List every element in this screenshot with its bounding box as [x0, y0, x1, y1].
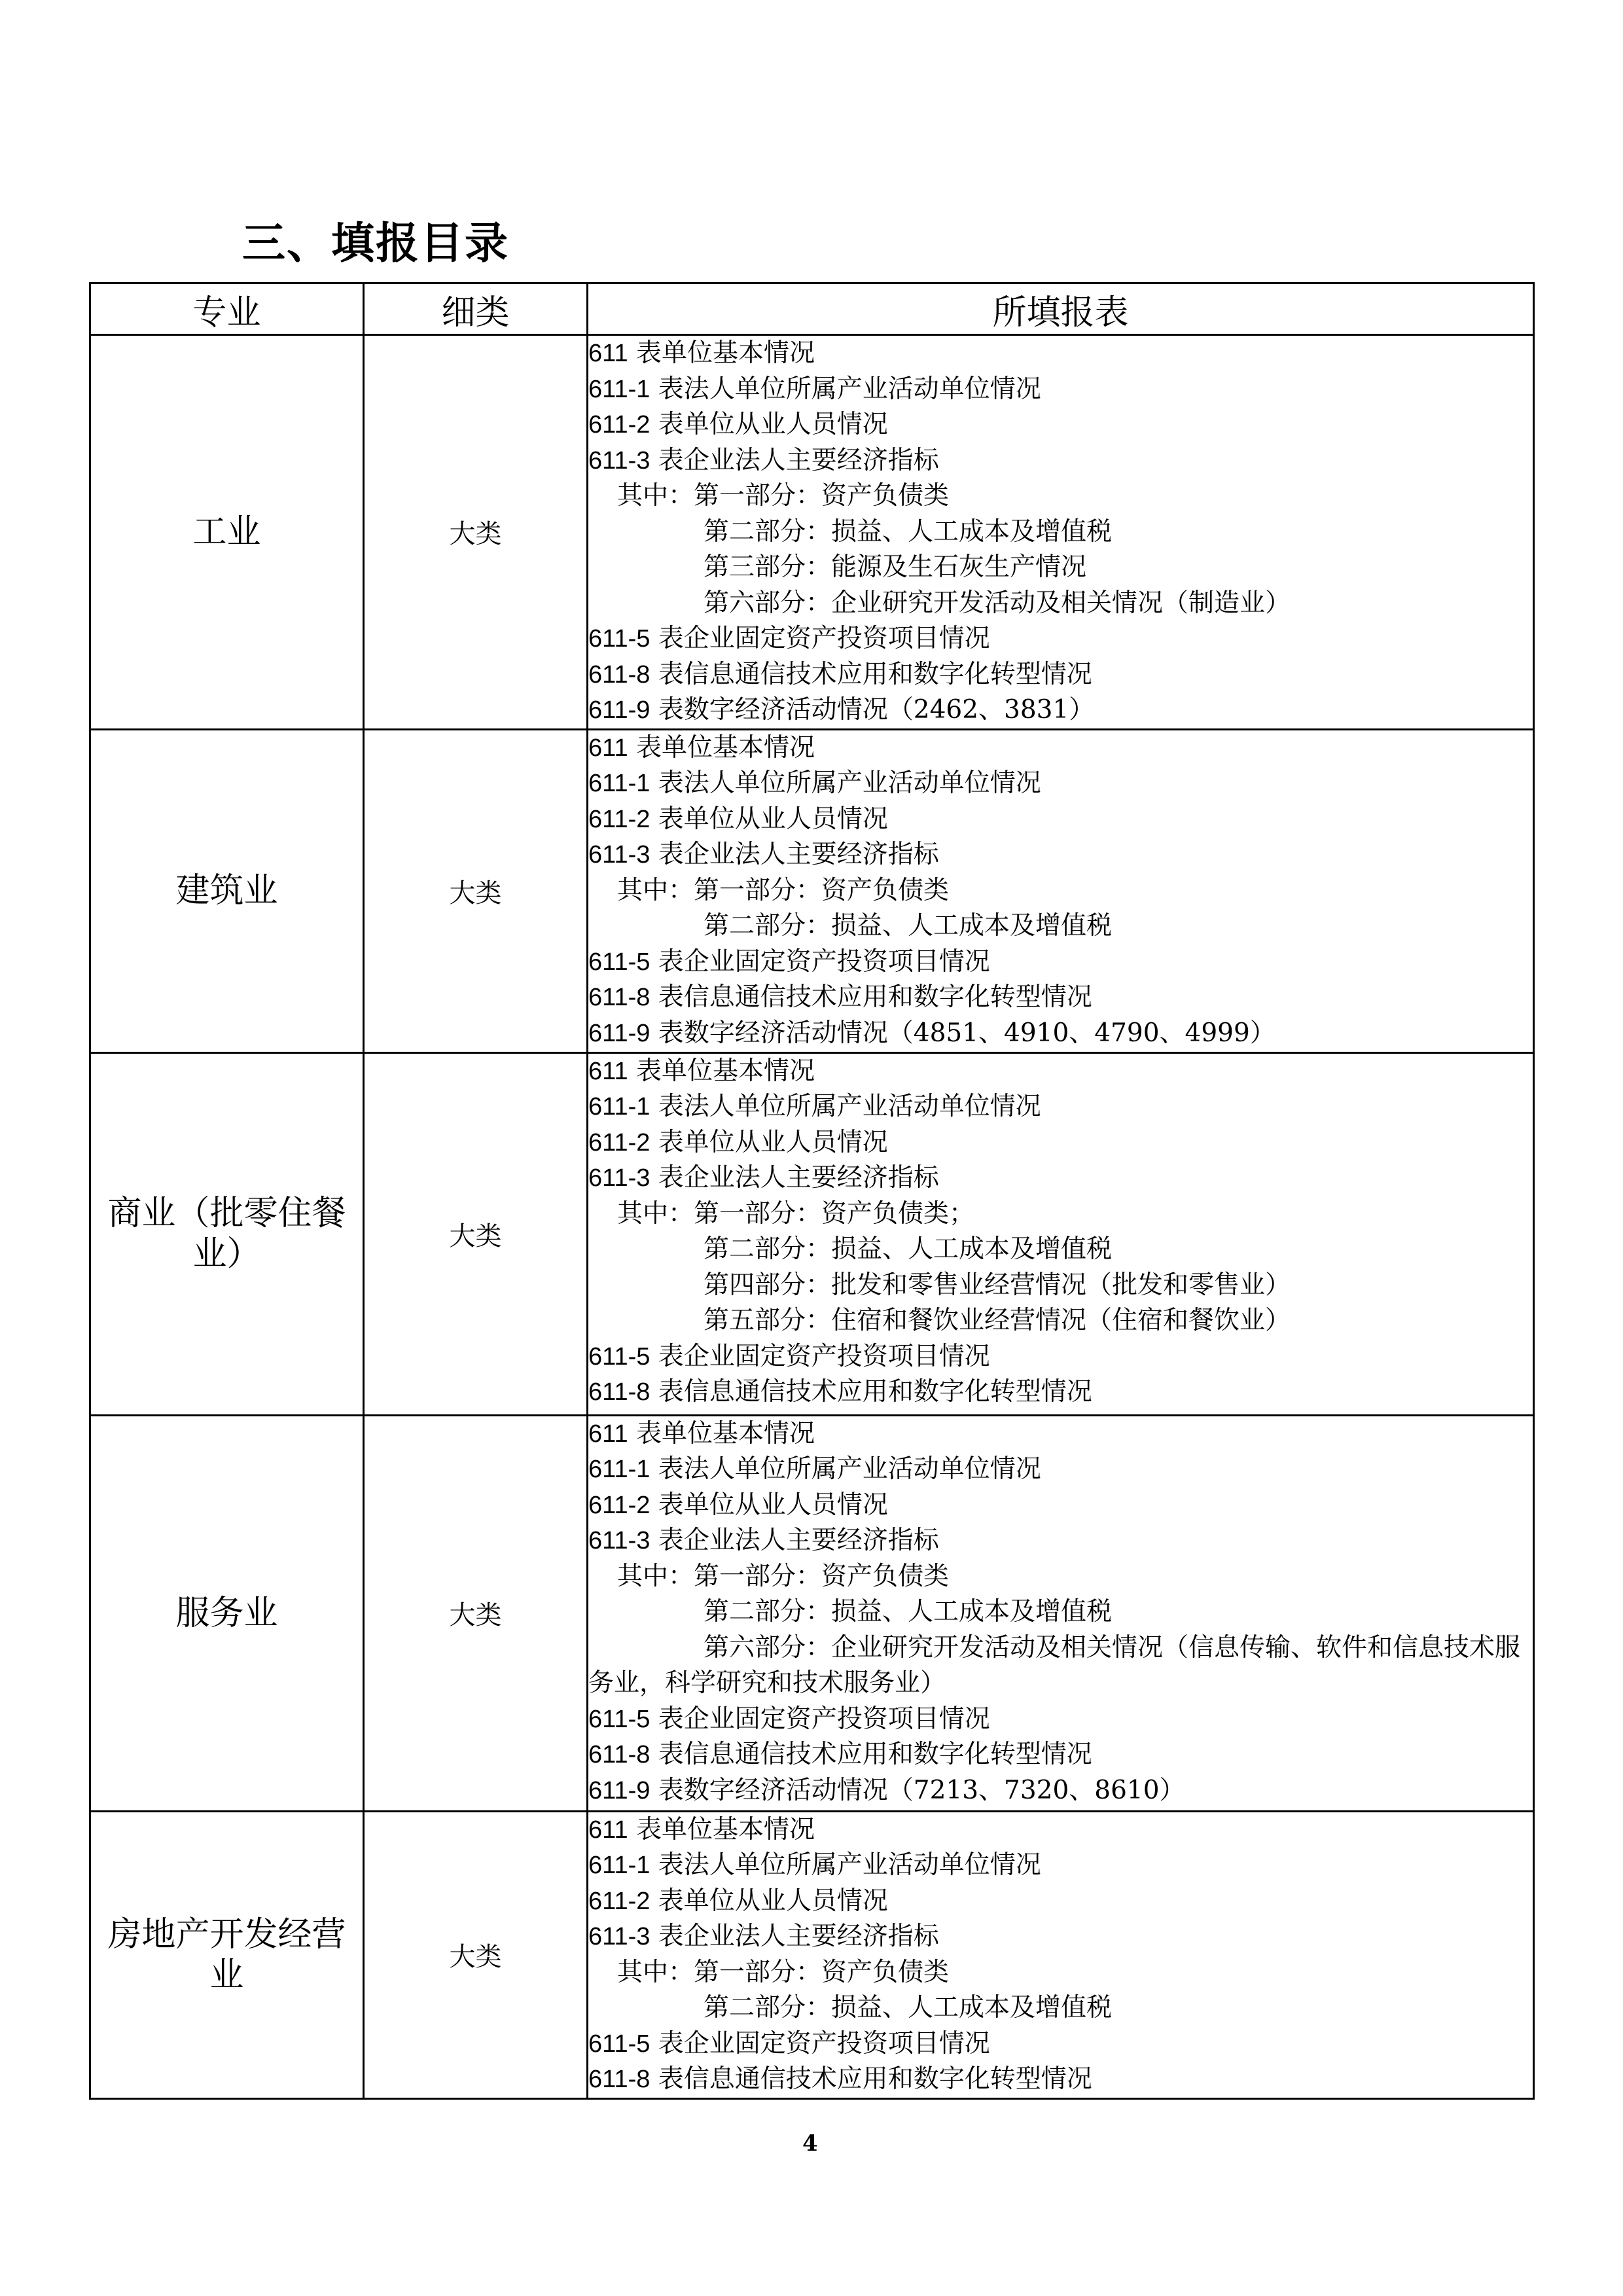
form-code: 611	[588, 1058, 628, 1085]
form-item: 第二部分：损益、人工成本及增值税	[588, 1232, 1533, 1268]
form-title: 其中：第一部分：资产负债类	[617, 481, 949, 511]
form-code: 611	[588, 1816, 628, 1844]
form-item: 611 表单位基本情况	[588, 730, 1533, 766]
form-item: 611-3 表企业法人主要经济指标	[588, 1160, 1533, 1196]
header-major: 专业	[90, 283, 364, 335]
form-code: 611-1	[588, 1093, 650, 1121]
form-item: 611-9 表数字经济活动情况（2462、3831）	[588, 692, 1533, 728]
form-title: 表企业法人主要经济指标	[650, 446, 938, 475]
form-title: 表企业法人主要经济指标	[650, 840, 938, 869]
form-code: 611	[588, 1420, 628, 1448]
form-item: 611-2 表单位从业人员情况	[588, 407, 1533, 443]
forms-cell: 611 表单位基本情况611-1 表法人单位所属产业活动单位情况611-2 表单…	[588, 1415, 1534, 1811]
form-item: 611-1 表法人单位所属产业活动单位情况	[588, 372, 1533, 408]
form-item: 611 表单位基本情况	[588, 1416, 1533, 1452]
form-title: 表企业固定资产投资项目情况	[650, 1704, 990, 1734]
form-item: 611-3 表企业法人主要经济指标	[588, 837, 1533, 873]
form-title: 表单位从业人员情况	[650, 410, 887, 439]
form-code: 611-9	[588, 1020, 650, 1047]
form-code: 611-2	[588, 1492, 650, 1519]
form-title: 表单位从业人员情况	[650, 804, 887, 834]
form-item: 611-9 表数字经济活动情况（4851、4910、4790、4999）	[588, 1016, 1533, 1052]
form-item: 第二部分：损益、人工成本及增值税	[588, 1990, 1533, 2026]
form-title: 表法人单位所属产业活动单位情况	[650, 1092, 1041, 1121]
form-title: 表企业法人主要经济指标	[650, 1163, 938, 1193]
form-title: 表单位基本情况	[628, 338, 815, 368]
form-title: 第六部分：企业研究开发活动及相关情况（制造业）	[704, 588, 1291, 618]
form-title: 表信息通信技术应用和数字化转型情况	[650, 982, 1092, 1012]
form-code: 611-3	[588, 1164, 650, 1192]
form-item: 611-3 表企业法人主要经济指标	[588, 1919, 1533, 1955]
form-code: 611-8	[588, 1378, 650, 1406]
form-title: 表企业固定资产投资项目情况	[650, 2029, 990, 2058]
form-code: 611-3	[588, 447, 650, 475]
form-title: 其中：第一部分：资产负债类	[617, 1958, 949, 1987]
form-item: 611-8 表信息通信技术应用和数字化转型情况	[588, 657, 1533, 693]
major-cell: 服务业	[90, 1415, 364, 1811]
form-title: 第四部分：批发和零售业经营情况（批发和零售业）	[704, 1270, 1291, 1300]
form-item: 611-9 表数字经济活动情况（7213、7320、8610）	[588, 1773, 1533, 1809]
form-title: 第三部分：能源及生石灰生产情况	[704, 552, 1086, 582]
form-item: 611-5 表企业固定资产投资项目情况	[588, 2026, 1533, 2062]
form-code: 611-1	[588, 770, 650, 797]
form-code: 611-8	[588, 2066, 650, 2093]
form-title: 表法人单位所属产业活动单位情况	[650, 768, 1041, 798]
form-code: 611-8	[588, 984, 650, 1011]
subcategory-cell: 大类	[364, 335, 588, 730]
form-title: 第五部分：住宿和餐饮业经营情况（住宿和餐饮业）	[704, 1306, 1291, 1335]
header-subcategory: 细类	[364, 283, 588, 335]
form-code: 611-2	[588, 806, 650, 833]
form-item: 其中：第一部分：资产负债类	[588, 1955, 1533, 1991]
form-title: 表单位基本情况	[628, 1419, 815, 1448]
subcategory-cell: 大类	[364, 1415, 588, 1811]
form-title: 第二部分：损益、人工成本及增值税	[704, 1993, 1112, 2022]
subcategory-cell: 大类	[364, 729, 588, 1052]
table-row: 工业大类611 表单位基本情况611-1 表法人单位所属产业活动单位情况611-…	[90, 335, 1534, 730]
form-code: 611-1	[588, 1852, 650, 1879]
form-title: 表单位从业人员情况	[650, 1490, 887, 1520]
form-item: 611 表单位基本情况	[588, 1812, 1533, 1848]
form-item: 611-8 表信息通信技术应用和数字化转型情况	[588, 1374, 1533, 1410]
forms-cell: 611 表单位基本情况611-1 表法人单位所属产业活动单位情况611-2 表单…	[588, 1052, 1534, 1415]
form-item: 611-5 表企业固定资产投资项目情况	[588, 1339, 1533, 1375]
form-item: 其中：第一部分：资产负债类	[588, 478, 1533, 514]
form-item: 611-2 表单位从业人员情况	[588, 802, 1533, 838]
form-title: 其中：第一部分：资产负债类；	[617, 1199, 974, 1229]
form-title: 表信息通信技术应用和数字化转型情况	[650, 1377, 1092, 1407]
form-code: 611-2	[588, 1888, 650, 1915]
form-code: 611-9	[588, 1777, 650, 1804]
form-item: 第五部分：住宿和餐饮业经营情况（住宿和餐饮业）	[588, 1303, 1533, 1339]
form-title: 第二部分：损益、人工成本及增值税	[704, 517, 1112, 547]
form-item: 611-3 表企业法人主要经济指标	[588, 1523, 1533, 1559]
form-item: 611-3 表企业法人主要经济指标	[588, 443, 1533, 479]
forms-cell: 611 表单位基本情况611-1 表法人单位所属产业活动单位情况611-2 表单…	[588, 729, 1534, 1052]
form-title: 表企业固定资产投资项目情况	[650, 624, 990, 653]
form-title: 表企业法人主要经济指标	[650, 1526, 938, 1555]
major-cell: 工业	[90, 335, 364, 730]
form-item: 第六部分：企业研究开发活动及相关情况（制造业）	[588, 586, 1533, 622]
form-item: 611-8 表信息通信技术应用和数字化转型情况	[588, 2062, 1533, 2098]
page-number: 4	[802, 2130, 818, 2157]
form-title: 表单位从业人员情况	[650, 1886, 887, 1916]
form-title: 表法人单位所属产业活动单位情况	[650, 1454, 1041, 1484]
form-code: 611-9	[588, 696, 650, 724]
subcategory-cell: 大类	[364, 1811, 588, 2098]
form-code: 611-5	[588, 625, 650, 653]
form-code: 611-3	[588, 1527, 650, 1554]
form-item: 611-5 表企业固定资产投资项目情况	[588, 621, 1533, 657]
form-title: 表法人单位所属产业活动单位情况	[650, 1850, 1041, 1880]
form-item: 611-1 表法人单位所属产业活动单位情况	[588, 766, 1533, 802]
form-item: 611-1 表法人单位所属产业活动单位情况	[588, 1848, 1533, 1884]
catalog-table: 专业 细类 所填报表 工业大类611 表单位基本情况611-1 表法人单位所属产…	[89, 282, 1535, 2100]
form-item: 第二部分：损益、人工成本及增值税	[588, 1594, 1533, 1630]
form-code: 611	[588, 340, 628, 367]
header-forms: 所填报表	[588, 283, 1534, 335]
form-item: 611-8 表信息通信技术应用和数字化转型情况	[588, 1737, 1533, 1773]
form-item: 第二部分：损益、人工成本及增值税	[588, 514, 1533, 550]
form-code: 611-3	[588, 841, 650, 869]
form-code: 611-5	[588, 948, 650, 976]
table-header-row: 专业 细类 所填报表	[90, 283, 1534, 335]
form-code: 611-8	[588, 661, 650, 689]
form-title: 第六部分：企业研究开发活动及相关情况（信息传输、软件和信息技术服务业，科学研究和…	[588, 1633, 1520, 1698]
form-title: 表单位从业人员情况	[650, 1128, 887, 1157]
form-title: 表信息通信技术应用和数字化转型情况	[650, 660, 1092, 689]
table-row: 建筑业大类611 表单位基本情况611-1 表法人单位所属产业活动单位情况611…	[90, 729, 1534, 1052]
form-title: 表信息通信技术应用和数字化转型情况	[650, 2064, 1092, 2094]
form-item: 611-2 表单位从业人员情况	[588, 1488, 1533, 1524]
form-title: 第二部分：损益、人工成本及增值税	[704, 1234, 1112, 1264]
form-title: 表企业固定资产投资项目情况	[650, 1342, 990, 1371]
major-cell: 商业（批零住餐业）	[90, 1052, 364, 1415]
form-item: 611 表单位基本情况	[588, 336, 1533, 372]
form-item: 611-2 表单位从业人员情况	[588, 1125, 1533, 1161]
major-cell: 建筑业	[90, 729, 364, 1052]
form-title: 表信息通信技术应用和数字化转型情况	[650, 1740, 1092, 1769]
form-item: 第二部分：损益、人工成本及增值税	[588, 908, 1533, 944]
table-row: 商业（批零住餐业）大类611 表单位基本情况611-1 表法人单位所属产业活动单…	[90, 1052, 1534, 1415]
form-code: 611	[588, 734, 628, 762]
table-row: 房地产开发经营业大类611 表单位基本情况611-1 表法人单位所属产业活动单位…	[90, 1811, 1534, 2098]
form-item: 其中：第一部分：资产负债类	[588, 873, 1533, 909]
form-code: 611-2	[588, 411, 650, 439]
form-title: 表数字经济活动情况（4851、4910、4790、4999）	[650, 1018, 1275, 1048]
form-item: 第四部分：批发和零售业经营情况（批发和零售业）	[588, 1268, 1533, 1304]
table-row: 服务业大类611 表单位基本情况611-1 表法人单位所属产业活动单位情况611…	[90, 1415, 1534, 1811]
form-code: 611-5	[588, 1343, 650, 1371]
form-code: 611-2	[588, 1129, 650, 1157]
forms-cell: 611 表单位基本情况611-1 表法人单位所属产业活动单位情况611-2 表单…	[588, 335, 1534, 730]
form-title: 表数字经济活动情况（2462、3831）	[650, 695, 1094, 725]
section-title: 三、填报目录	[242, 208, 509, 270]
form-code: 611-5	[588, 1706, 650, 1733]
form-item: 611-1 表法人单位所属产业活动单位情况	[588, 1089, 1533, 1125]
form-item: 611-2 表单位从业人员情况	[588, 1884, 1533, 1920]
form-title: 第二部分：损益、人工成本及增值税	[704, 1597, 1112, 1626]
form-code: 611-1	[588, 1456, 650, 1483]
form-title: 第二部分：损益、人工成本及增值税	[704, 911, 1112, 941]
form-title: 表单位基本情况	[628, 1056, 815, 1086]
forms-cell: 611 表单位基本情况611-1 表法人单位所属产业活动单位情况611-2 表单…	[588, 1811, 1534, 2098]
form-title: 表企业固定资产投资项目情况	[650, 947, 990, 977]
major-cell: 房地产开发经营业	[90, 1811, 364, 2098]
form-code: 611-5	[588, 2030, 650, 2058]
form-item: 611-5 表企业固定资产投资项目情况	[588, 944, 1533, 980]
form-code: 611-3	[588, 1923, 650, 1950]
form-item: 611-1 表法人单位所属产业活动单位情况	[588, 1452, 1533, 1488]
form-title: 其中：第一部分：资产负债类	[617, 1562, 949, 1591]
form-item: 611-8 表信息通信技术应用和数字化转型情况	[588, 980, 1533, 1016]
subcategory-cell: 大类	[364, 1052, 588, 1415]
form-item: 第三部分：能源及生石灰生产情况	[588, 550, 1533, 586]
form-item: 第六部分：企业研究开发活动及相关情况（信息传输、软件和信息技术服务业，科学研究和…	[588, 1630, 1533, 1702]
form-item: 611-5 表企业固定资产投资项目情况	[588, 1702, 1533, 1738]
form-item: 其中：第一部分：资产负债类；	[588, 1196, 1533, 1232]
form-title: 表法人单位所属产业活动单位情况	[650, 374, 1041, 404]
form-title: 表企业法人主要经济指标	[650, 1922, 938, 1951]
form-code: 611-1	[588, 376, 650, 403]
form-title: 表单位基本情况	[628, 1815, 815, 1844]
form-title: 表数字经济活动情况（7213、7320、8610）	[650, 1776, 1185, 1805]
form-item: 其中：第一部分：资产负债类	[588, 1559, 1533, 1595]
form-item: 611 表单位基本情况	[588, 1054, 1533, 1090]
form-title: 其中：第一部分：资产负债类	[617, 876, 949, 905]
form-title: 表单位基本情况	[628, 733, 815, 762]
form-code: 611-8	[588, 1741, 650, 1768]
